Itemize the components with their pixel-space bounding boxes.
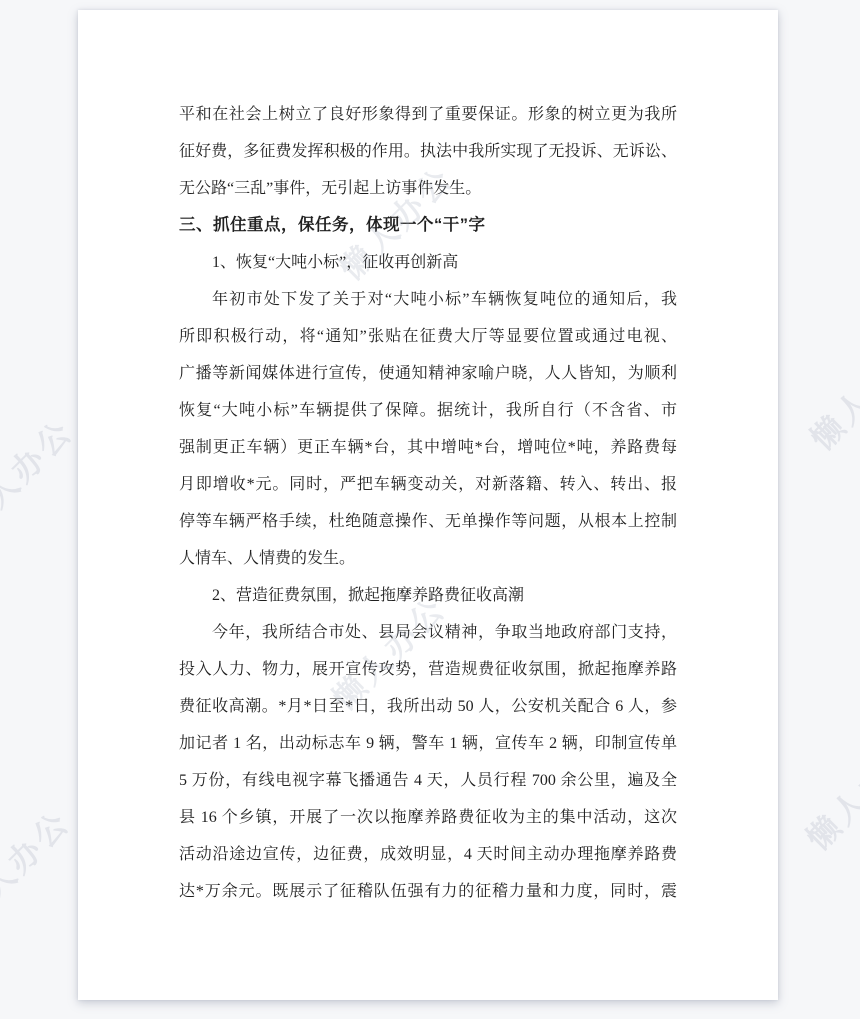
text-line: 达*万余元。既展示了征稽队伍强有力的征稽力量和力度，同时，震 bbox=[179, 873, 677, 910]
text-line: 投入人力、物力，展开宣传攻势，营造规费征收氛围，掀起拖摩养路 bbox=[179, 651, 677, 688]
text-line: 强制更正车辆）更正车辆*台，其中增吨*台，增吨位*吨，养路费每 bbox=[179, 429, 677, 466]
text-line: 今年，我所结合市处、县局会议精神，争取当地政府部门支持， bbox=[179, 614, 677, 651]
text-line: 县 16 个乡镇，开展了一次以拖摩养路费征收为主的集中活动，这次 bbox=[179, 799, 677, 836]
text-line: 无公路“三乱”事件，无引起上访事件发生。 bbox=[179, 170, 677, 207]
watermark-text: 懒人办公 bbox=[0, 408, 82, 542]
text-line: 三、抓住重点，保任务，体现一个“干”字 bbox=[179, 207, 677, 244]
text-line: 所即积极行动，将“通知”张贴在征费大厅等显要位置或通过电视、 bbox=[179, 318, 677, 355]
page-background: { "page": { "background_color": "#f6f7f9… bbox=[0, 0, 860, 1019]
text-line: 广播等新闻媒体进行宣传，使通知精神家喻户晓，人人皆知，为顺利 bbox=[179, 355, 677, 392]
text-line: 人情车、人情费的发生。 bbox=[179, 540, 677, 577]
text-line: 恢复“大吨小标”车辆提供了保障。据统计，我所自行（不含省、市 bbox=[179, 392, 677, 429]
text-line: 1、恢复“大吨小标”，征收再创新高 bbox=[179, 244, 677, 281]
document-sheet: 平和在社会上树立了良好形象得到了重要保证。形象的树立更为我所征好费，多征费发挥积… bbox=[78, 10, 778, 1000]
text-line: 月即增收*元。同时，严把车辆变动关，对新落籍、转入、转出、报 bbox=[179, 466, 677, 503]
text-line: 费征收高潮。*月*日至*日，我所出动 50 人，公安机关配合 6 人，参 bbox=[179, 688, 677, 725]
text-line: 加记者 1 名，出动标志车 9 辆，警车 1 辆，宣传车 2 辆，印制宣传单 bbox=[179, 725, 677, 762]
text-line: 年初市处下发了关于对“大吨小标”车辆恢复吨位的通知后，我 bbox=[179, 281, 677, 318]
watermark-text: 懒人办公 bbox=[795, 725, 860, 859]
watermark-text: 懒人办公 bbox=[799, 325, 860, 459]
text-line: 2、营造征费氛围，掀起拖摩养路费征收高潮 bbox=[179, 577, 677, 614]
watermark-text: 懒人办公 bbox=[0, 799, 79, 933]
text-line: 活动沿途边宣传，边征费，成效明显，4 天时间主动办理拖摩养路费 bbox=[179, 836, 677, 873]
document-text: 平和在社会上树立了良好形象得到了重要保证。形象的树立更为我所征好费，多征费发挥积… bbox=[179, 96, 677, 910]
text-line: 5 万份，有线电视字幕飞播通告 4 天，人员行程 700 余公里，遍及全 bbox=[179, 762, 677, 799]
text-line: 平和在社会上树立了良好形象得到了重要保证。形象的树立更为我所 bbox=[179, 96, 677, 133]
text-line: 停等车辆严格手续，杜绝随意操作、无单操作等问题，从根本上控制 bbox=[179, 503, 677, 540]
text-line: 征好费，多征费发挥积极的作用。执法中我所实现了无投诉、无诉讼、 bbox=[179, 133, 677, 170]
